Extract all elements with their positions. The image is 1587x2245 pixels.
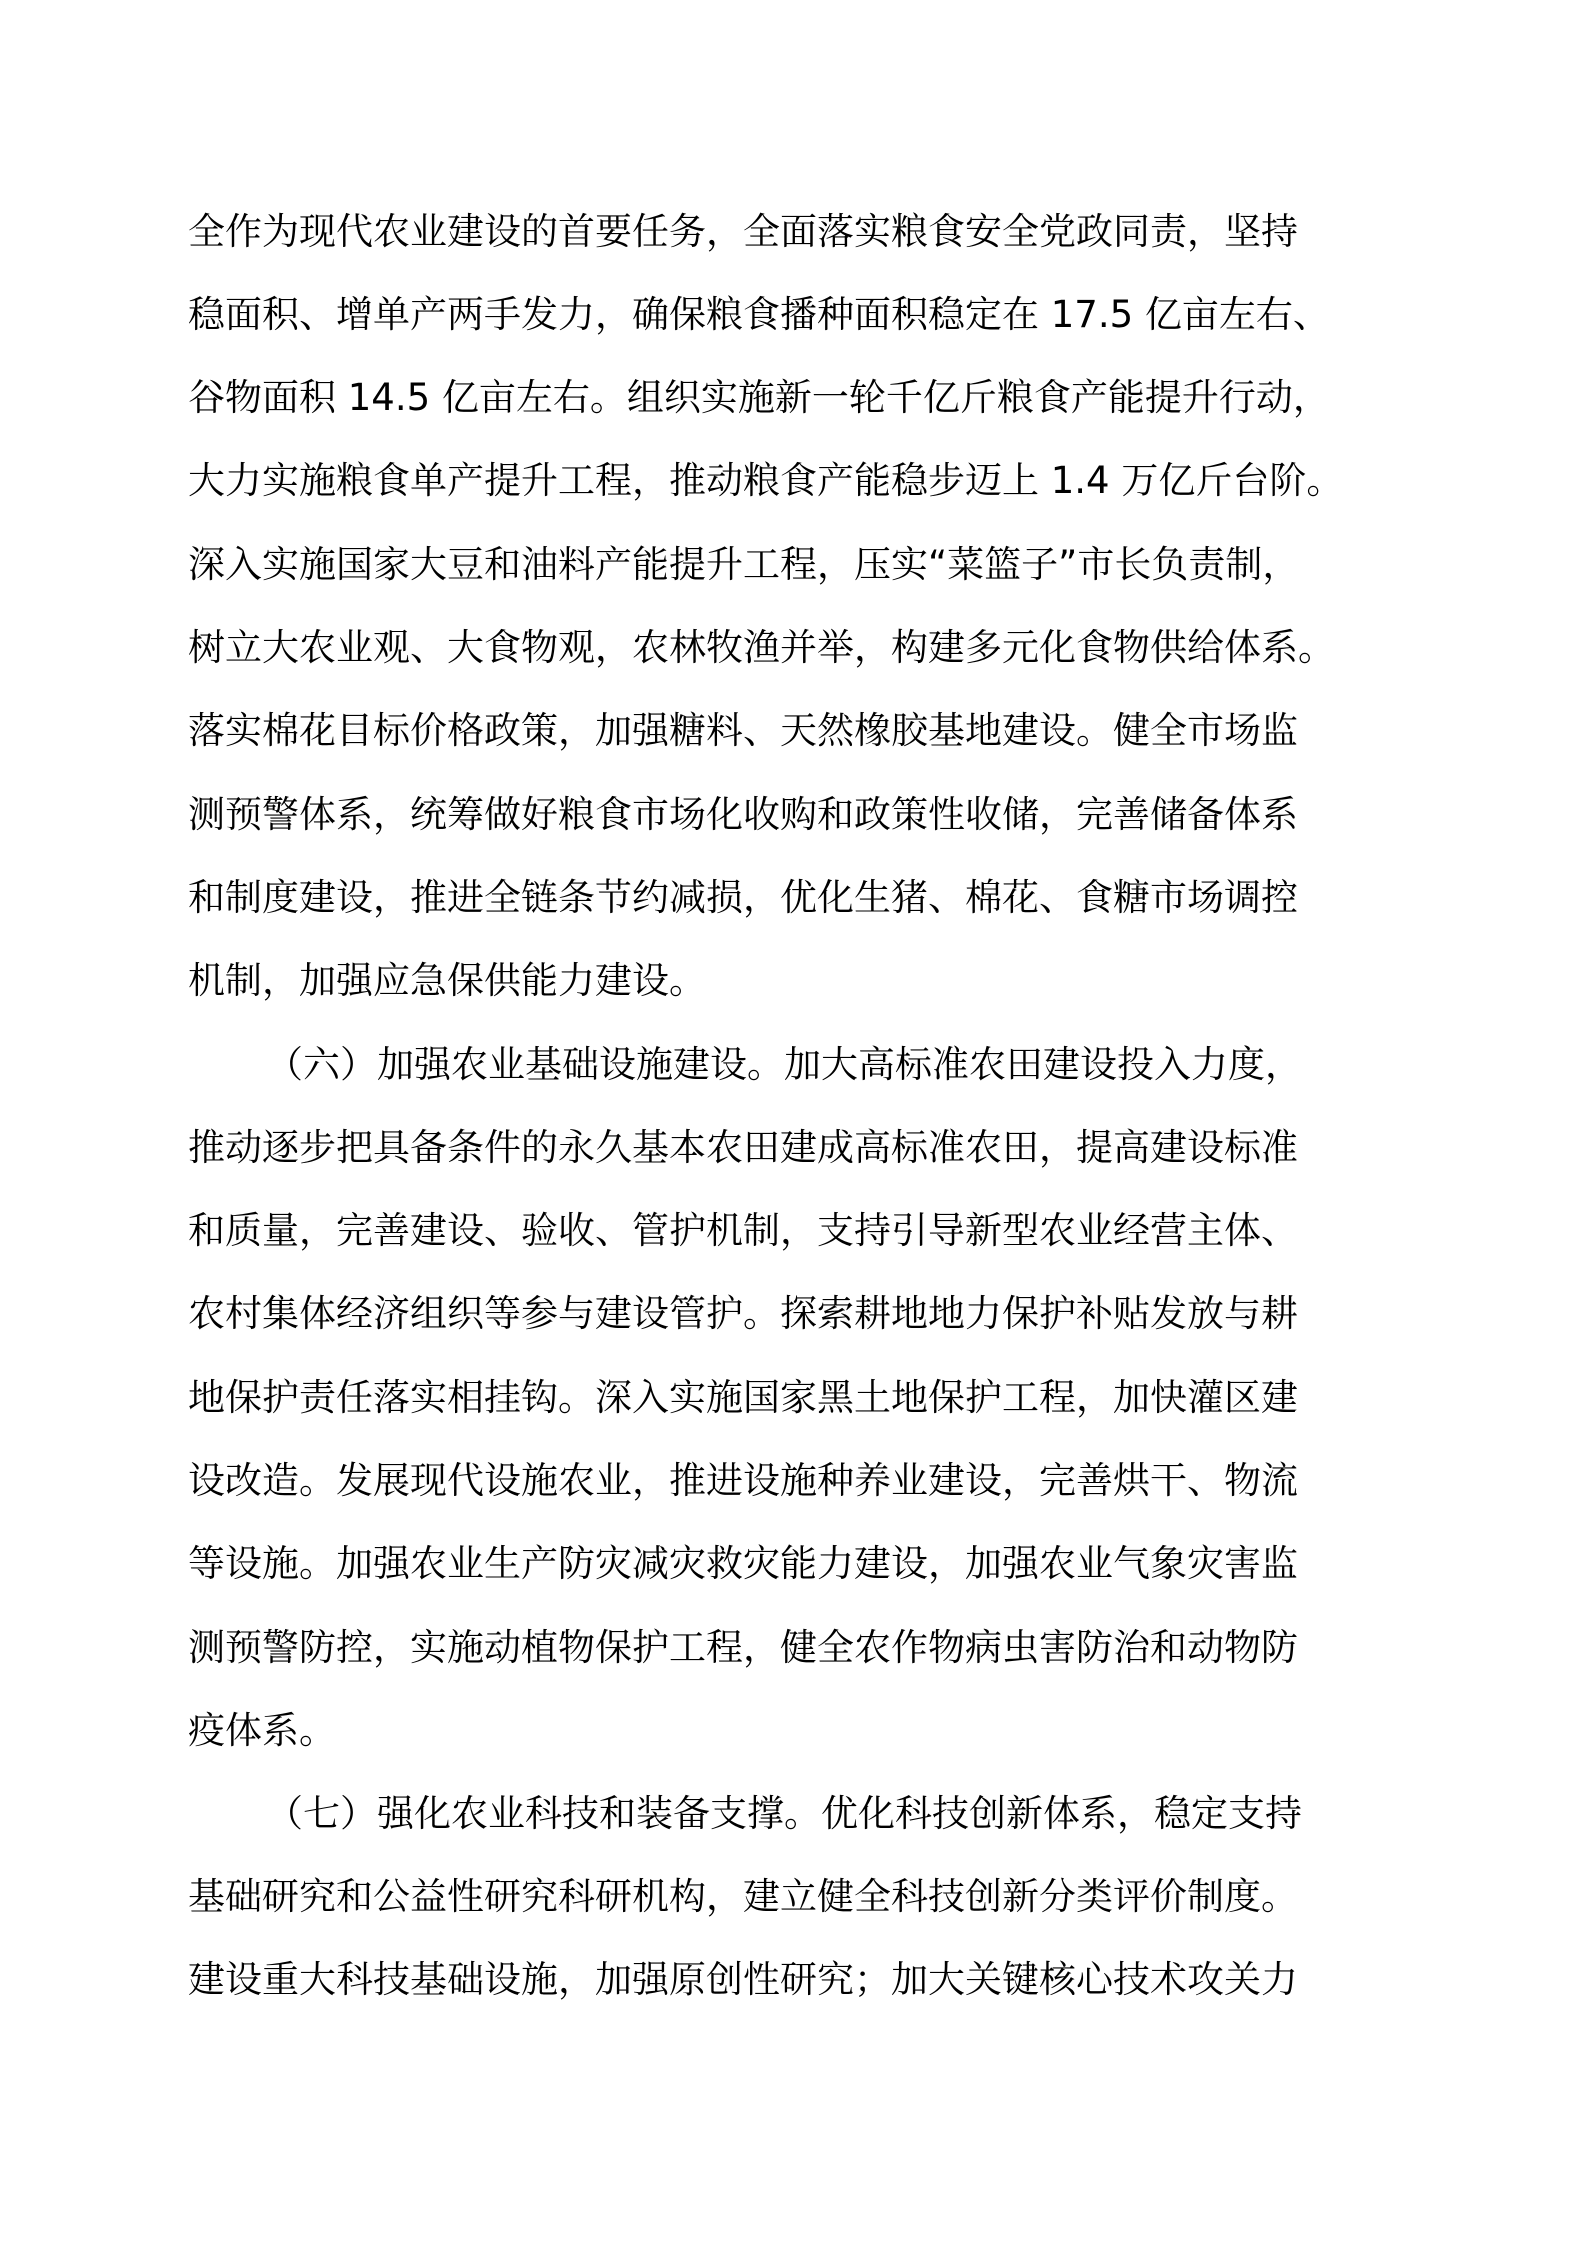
document-page: 全作为现代农业建设的首要任务，全面落实粮食安全党政同责，坚持 稳面积、增单产两手… [0,0,1587,2245]
paragraph-line: 全作为现代农业建设的首要任务，全面落实粮食安全党政同责，坚持 [188,202,1398,262]
paragraph-line: 农村集体经济组织等参与建设管护。探索耕地地力保护补贴发放与耕 [188,1284,1398,1344]
paragraph-line: 等设施。加强农业生产防灾减灾救灾能力建设，加强农业气象灾害监 [188,1534,1398,1594]
paragraph-line: 地保护责任落实相挂钩。深入实施国家黑土地保护工程，加快灌区建 [188,1368,1398,1428]
paragraph-line: 基础研究和公益性研究科研机构，建立健全科技创新分类评价制度。 [188,1867,1398,1927]
section-heading-line-7: （七）强化农业科技和装备支撑。优化科技创新体系，稳定支持 [266,1784,1398,1844]
paragraph-line: 谷物面积 14.5 亿亩左右。组织实施新一轮千亿斤粮食产能提升行动， [188,368,1398,428]
paragraph-line: 和制度建设，推进全链条节约减损，优化生猪、棉花、食糖市场调控 [188,868,1398,928]
paragraph-line: 机制，加强应急保供能力建设。 [188,951,1398,1011]
paragraph-line: 稳面积、增单产两手发力，确保粮食播种面积稳定在 17.5 亿亩左右、 [188,285,1398,345]
paragraph-line: 大力实施粮食单产提升工程，推动粮食产能稳步迈上 1.4 万亿斤台阶。 [188,451,1398,511]
paragraph-line: 树立大农业观、大食物观，农林牧渔并举，构建多元化食物供给体系。 [188,618,1398,678]
section-heading-line-6: （六）加强农业基础设施建设。加大高标准农田建设投入力度， [266,1035,1398,1095]
paragraph-line: 推动逐步把具备条件的永久基本农田建成高标准农田，提高建设标准 [188,1118,1398,1178]
paragraph-line: 设改造。发展现代设施农业，推进设施种养业建设，完善烘干、物流 [188,1451,1398,1511]
paragraph-line: 测预警防控，实施动植物保护工程，健全农作物病虫害防治和动物防 [188,1618,1398,1678]
paragraph-line: 测预警体系，统筹做好粮食市场化收购和政策性收储，完善储备体系 [188,785,1398,845]
paragraph-line: 落实棉花目标价格政策，加强糖料、天然橡胶基地建设。健全市场监 [188,701,1398,761]
paragraph-line: 深入实施国家大豆和油料产能提升工程，压实“菜篮子”市长负责制， [188,535,1398,595]
paragraph-line: 建设重大科技基础设施，加强原创性研究；加大关键核心技术攻关力 [188,1950,1398,2010]
paragraph-line: 和质量，完善建设、验收、管护机制，支持引导新型农业经营主体、 [188,1201,1398,1261]
paragraph-line: 疫体系。 [188,1701,1398,1761]
